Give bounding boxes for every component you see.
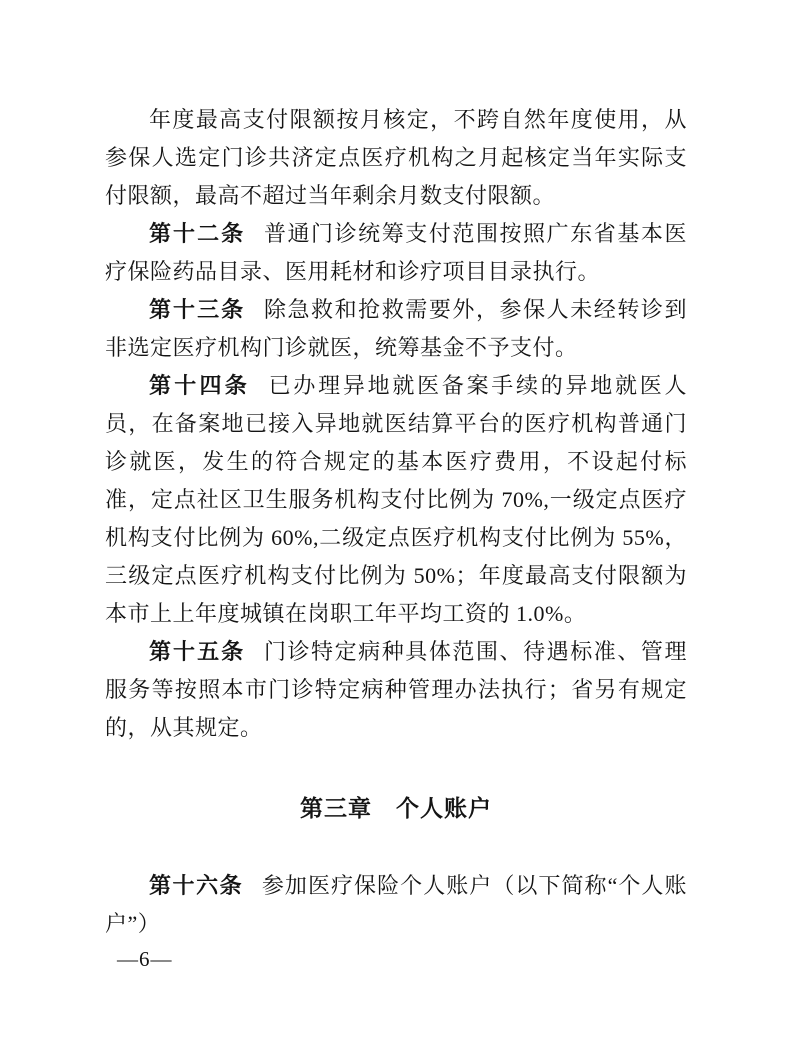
- article-14-text: 已办理异地就医备案手续的异地就医人员，在备案地已接入异地就医结算平台的医疗机构普…: [105, 373, 687, 626]
- article-14-number: 第十四条: [149, 373, 250, 398]
- document-content: 年度最高支付限额按月核定，不跨自然年度使用，从参保人选定门诊共济定点医疗机构之月…: [105, 101, 687, 943]
- document-page: 年度最高支付限额按月核定，不跨自然年度使用，从参保人选定门诊共济定点医疗机构之月…: [0, 0, 788, 1038]
- article-13-number: 第十三条: [149, 297, 245, 322]
- article-12-number: 第十二条: [149, 221, 245, 246]
- article-14-paragraph: 第十四条已办理异地就医备案手续的异地就医人员，在备案地已接入异地就医结算平台的医…: [105, 367, 687, 633]
- article-12-paragraph: 第十二条普通门诊统筹支付范围按照广东省基本医疗保险药品目录、医用耗材和诊疗项目目…: [105, 215, 687, 291]
- intro-paragraph: 年度最高支付限额按月核定，不跨自然年度使用，从参保人选定门诊共济定点医疗机构之月…: [105, 101, 687, 215]
- article-13-paragraph: 第十三条除急救和抢救需要外，参保人未经转诊到非选定医疗机构门诊就医，统筹基金不予…: [105, 291, 687, 367]
- article-15-paragraph: 第十五条门诊特定病种具体范围、待遇标准、管理服务等按照本市门诊特定病种管理办法执…: [105, 633, 687, 747]
- article-15-number: 第十五条: [149, 639, 245, 664]
- article-16-paragraph: 第十六条参加医疗保险个人账户（以下简称“个人账户”）: [105, 867, 687, 943]
- paragraph-text: 年度最高支付限额按月核定，不跨自然年度使用，从参保人选定门诊共济定点医疗机构之月…: [105, 107, 687, 208]
- article-16-number: 第十六条: [149, 873, 243, 898]
- chapter-heading: 第三章 个人账户: [105, 789, 687, 827]
- page-number: —6—: [117, 944, 173, 974]
